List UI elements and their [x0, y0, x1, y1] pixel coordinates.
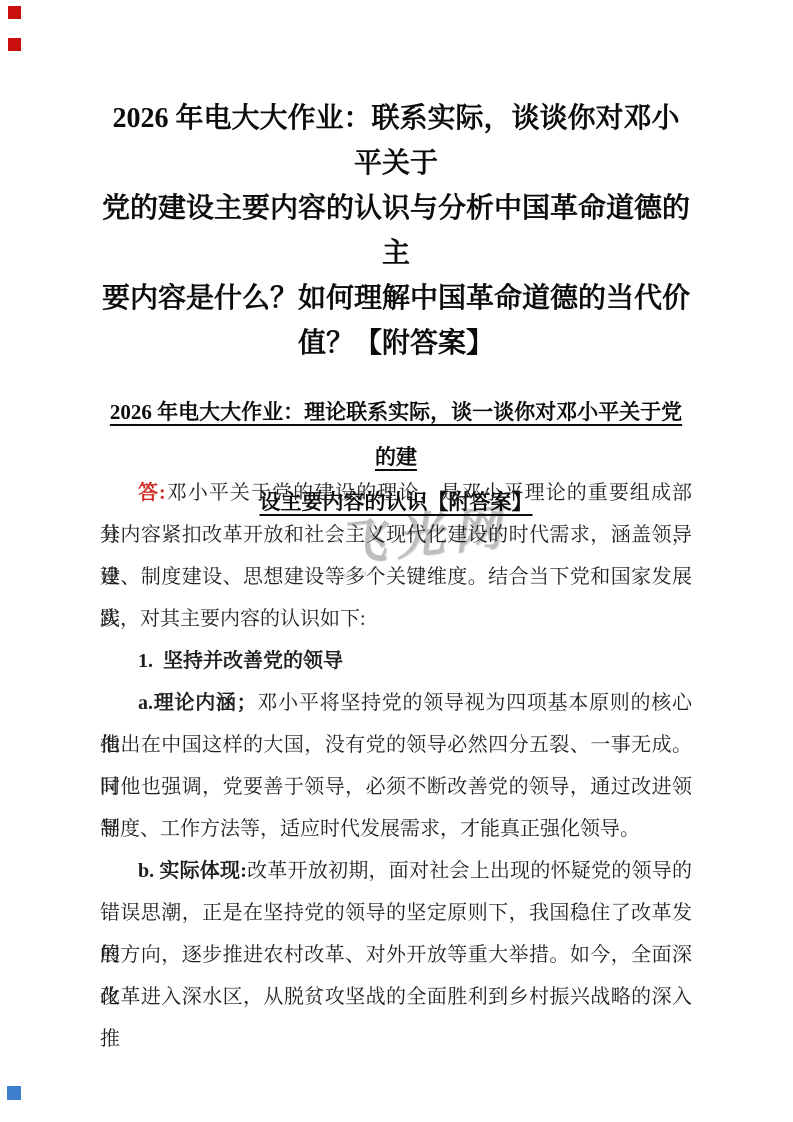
body-line: 践，对其主要内容的认识如下: — [100, 598, 692, 640]
body-line: 其内容紧扣改革开放和社会主义现代化建设的时代需求，涵盖领导建 — [100, 514, 692, 556]
bold-lead-in: 1. 坚持并改善党的领导 — [138, 650, 343, 672]
bold-lead-in: b. 实际体现: — [138, 860, 247, 882]
document-page: 飞光网 www.f 2026 年电大大作业：联系实际，谈谈你对邓小平关于 党的建… — [0, 0, 793, 1122]
title-line: 要内容是什么？如何理解中国革命道德的当代价 — [100, 276, 692, 321]
body-text-segment: 改革进入深水区，从脱贫攻坚战的全面胜利到乡村振兴战略的深入推 — [100, 986, 692, 1050]
body-text-segment: 改革开放初期，面对社会上出现的怀疑党的领导的 — [247, 860, 692, 882]
answer-label: 答: — [138, 482, 166, 504]
body-lines: 答:邓小平关于党的建设的理论，是邓小平理论的重要组成部分，其内容紧扣改革开放和社… — [100, 472, 692, 1018]
blue-square-artifact — [7, 1086, 21, 1100]
subtitle-line: 2026 年电大大作业：理论联系实际，谈一谈你对邓小平关于党的建 — [100, 390, 692, 480]
body-line: 的方向，逐步推进农村改革、对外开放等重大举措。如今，全面深化 — [100, 934, 692, 976]
title-line: 2026 年电大大作业：联系实际，谈谈你对邓小平关于 — [100, 96, 692, 186]
body-line: 改革进入深水区，从脱贫攻坚战的全面胜利到乡村振兴战略的深入推 — [100, 976, 692, 1018]
red-square-artifact-2 — [8, 38, 21, 51]
body-line: a.理论内涵；邓小平将坚持党的领导视为四项基本原则的核心他 — [100, 682, 692, 724]
body-line: 时他也强调，党要善于领导，必须不断改善党的领导，通过改进领导 — [100, 766, 692, 808]
body-line: 1. 坚持并改善党的领导 — [100, 640, 692, 682]
body-line: b. 实际体现:改革开放初期，面对社会上出现的怀疑党的领导的 — [100, 850, 692, 892]
title-line: 党的建设主要内容的认识与分析中国革命道德的主 — [100, 186, 692, 276]
body-text-segment: 制度、工作方法等，适应时代发展需求，才能真正强化领导。 — [100, 818, 640, 840]
body-line: 指出在中国这样的大国，没有党的领导必然四分五裂、一事无成。同 — [100, 724, 692, 766]
bold-lead-in: a.理论内涵； — [138, 692, 257, 714]
body-text-segment: 践，对其主要内容的认识如下: — [100, 608, 366, 630]
red-square-artifact-1 — [8, 6, 21, 19]
title-line: 值？【附答案】 — [100, 321, 692, 366]
body-line: 制度、工作方法等，适应时代发展需求，才能真正强化领导。 — [100, 808, 692, 850]
document-title: 2026 年电大大作业：联系实际，谈谈你对邓小平关于 党的建设主要内容的认识与分… — [100, 96, 692, 366]
body-line: 设、制度建设、思想建设等多个关键维度。结合当下党和国家发展实 — [100, 556, 692, 598]
body-line: 答:邓小平关于党的建设的理论，是邓小平理论的重要组成部分， — [100, 472, 692, 514]
body-line: 错误思潮，正是在坚持党的领导的坚定原则下，我国稳住了改革发展 — [100, 892, 692, 934]
